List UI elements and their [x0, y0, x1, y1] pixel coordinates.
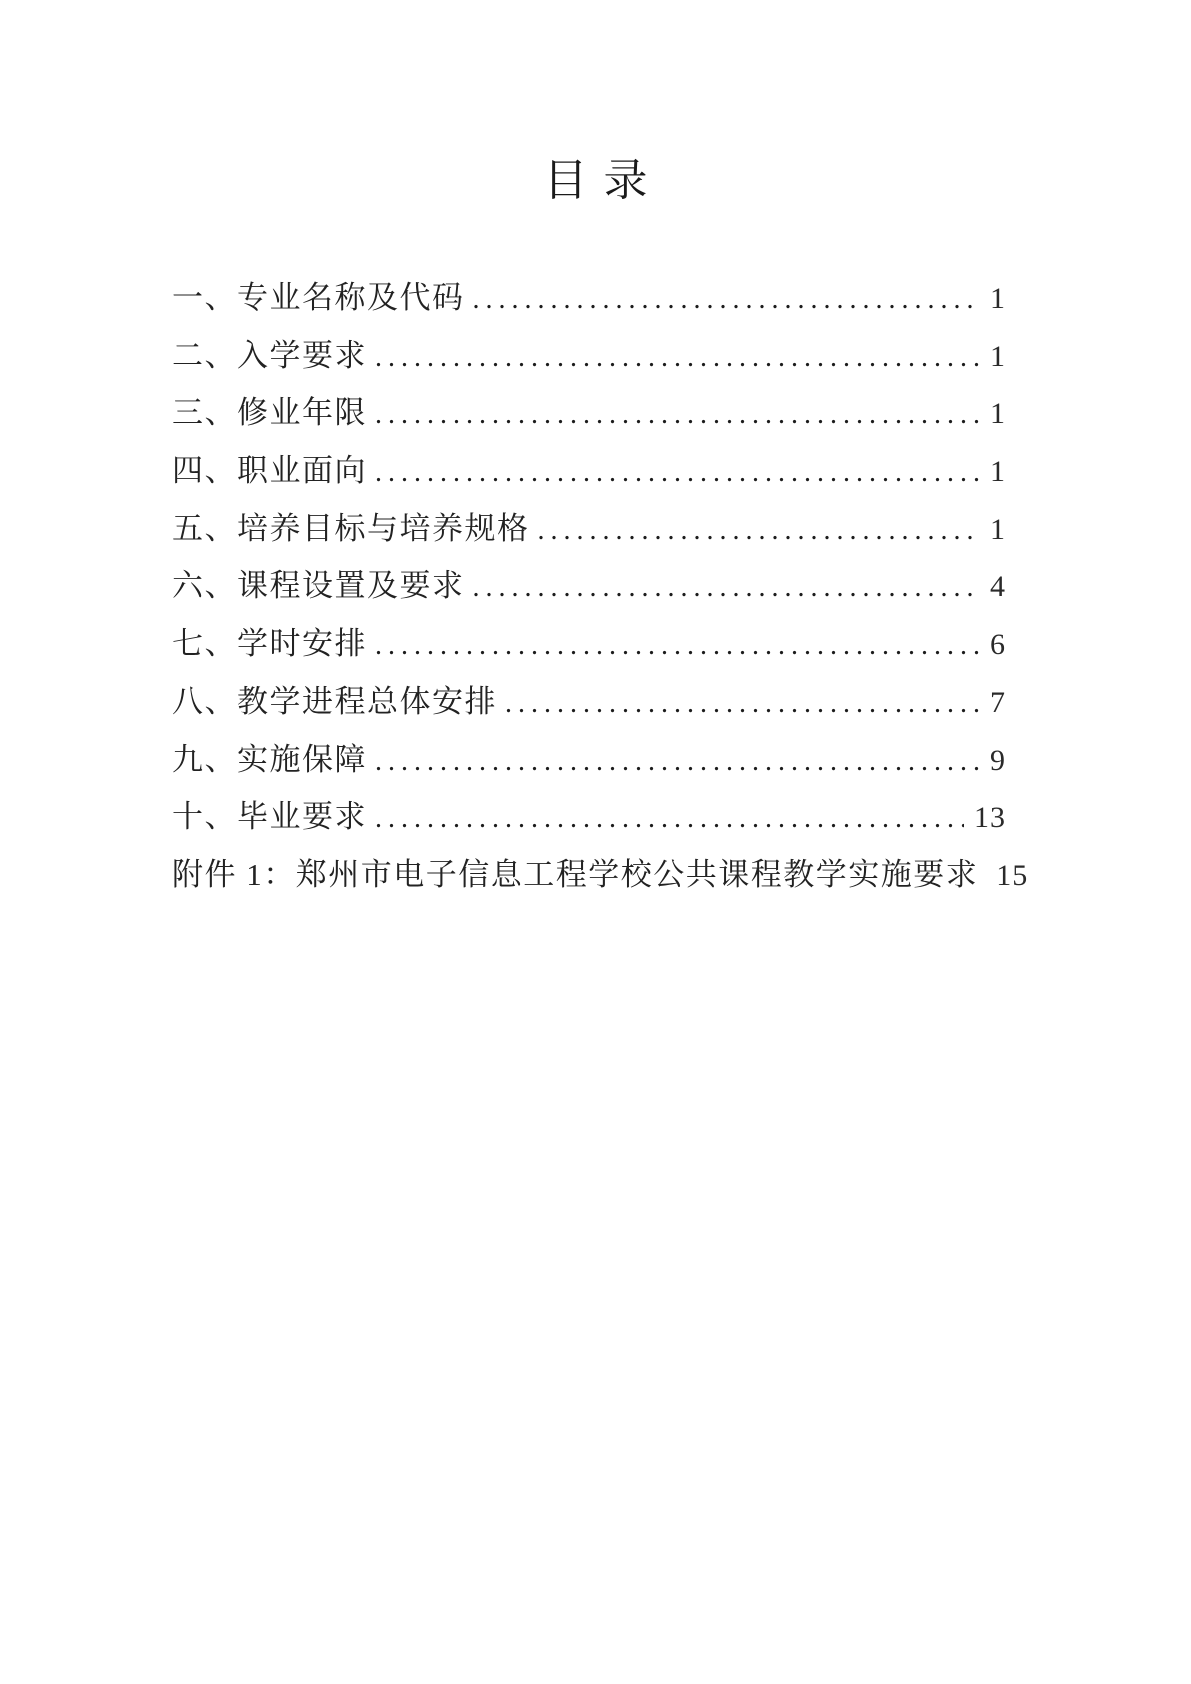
- toc-page-number: 9: [990, 744, 1006, 778]
- toc-page-number: 1: [990, 282, 1006, 316]
- toc-page-number: 13: [974, 801, 1006, 835]
- toc-entry-label: 附件 1：郑州市电子信息工程学校公共课程教学实施要求: [172, 849, 978, 894]
- toc-entry[interactable]: 二、入学要求 1: [172, 330, 1006, 388]
- toc-leader-dots: [375, 626, 980, 662]
- toc-leader-dots: [375, 395, 980, 431]
- toc-entry[interactable]: 九、实施保障 9: [172, 734, 1006, 792]
- toc-page-number: 6: [990, 628, 1006, 662]
- toc-leader-dots: [473, 280, 981, 316]
- toc-page-number: 15: [996, 859, 1028, 893]
- toc-entry-label: 八、教学进程总体安排: [172, 676, 497, 721]
- toc-entry[interactable]: 四、职业面向 1: [172, 445, 1006, 503]
- toc-entry-label: 七、学时安排: [172, 618, 367, 663]
- toc-leader-dots: [505, 684, 980, 720]
- toc-entry-label: 三、修业年限: [172, 387, 367, 432]
- toc-entry[interactable]: 三、修业年限 1: [172, 387, 1006, 445]
- toc-page-number: 1: [990, 340, 1006, 374]
- toc-leader-dots: [473, 568, 981, 604]
- toc-entry[interactable]: 七、学时安排 6: [172, 618, 1006, 676]
- page-title: 目录: [0, 144, 1191, 208]
- toc-leader-dots: [375, 742, 980, 778]
- toc-entry-label: 十、毕业要求: [172, 791, 367, 836]
- toc-entry[interactable]: 附件 1：郑州市电子信息工程学校公共课程教学实施要求 15: [172, 849, 1006, 907]
- document-page: 目录 一、专业名称及代码 1 二、入学要求 1 三、修业年限 1 四、职业面向 …: [0, 0, 1191, 1684]
- toc-entry[interactable]: 一、专业名称及代码 1: [172, 272, 1006, 330]
- toc-entry-label: 一、专业名称及代码: [172, 272, 465, 317]
- toc-entry-label: 四、职业面向: [172, 445, 367, 490]
- toc-page-number: 7: [990, 686, 1006, 720]
- toc-entry-label: 五、培养目标与培养规格: [172, 503, 530, 548]
- toc-entry[interactable]: 八、教学进程总体安排 7: [172, 676, 1006, 734]
- toc-leader-dots: [375, 799, 964, 835]
- toc-leader-dots: [538, 511, 981, 547]
- toc-list: 一、专业名称及代码 1 二、入学要求 1 三、修业年限 1 四、职业面向 1 五…: [172, 272, 1006, 907]
- toc-entry-label: 六、课程设置及要求: [172, 560, 465, 605]
- toc-entry[interactable]: 六、课程设置及要求 4: [172, 560, 1006, 618]
- toc-entry-label: 二、入学要求: [172, 330, 367, 375]
- toc-page-number: 1: [990, 455, 1006, 489]
- toc-page-number: 1: [990, 513, 1006, 547]
- toc-leader-dots: [375, 453, 980, 489]
- toc-page-number: 1: [990, 397, 1006, 431]
- toc-entry[interactable]: 十、毕业要求 13: [172, 791, 1006, 849]
- toc-entry-label: 九、实施保障: [172, 734, 367, 779]
- toc-leader-dots: [375, 338, 980, 374]
- toc-page-number: 4: [990, 570, 1006, 604]
- toc-entry[interactable]: 五、培养目标与培养规格 1: [172, 503, 1006, 561]
